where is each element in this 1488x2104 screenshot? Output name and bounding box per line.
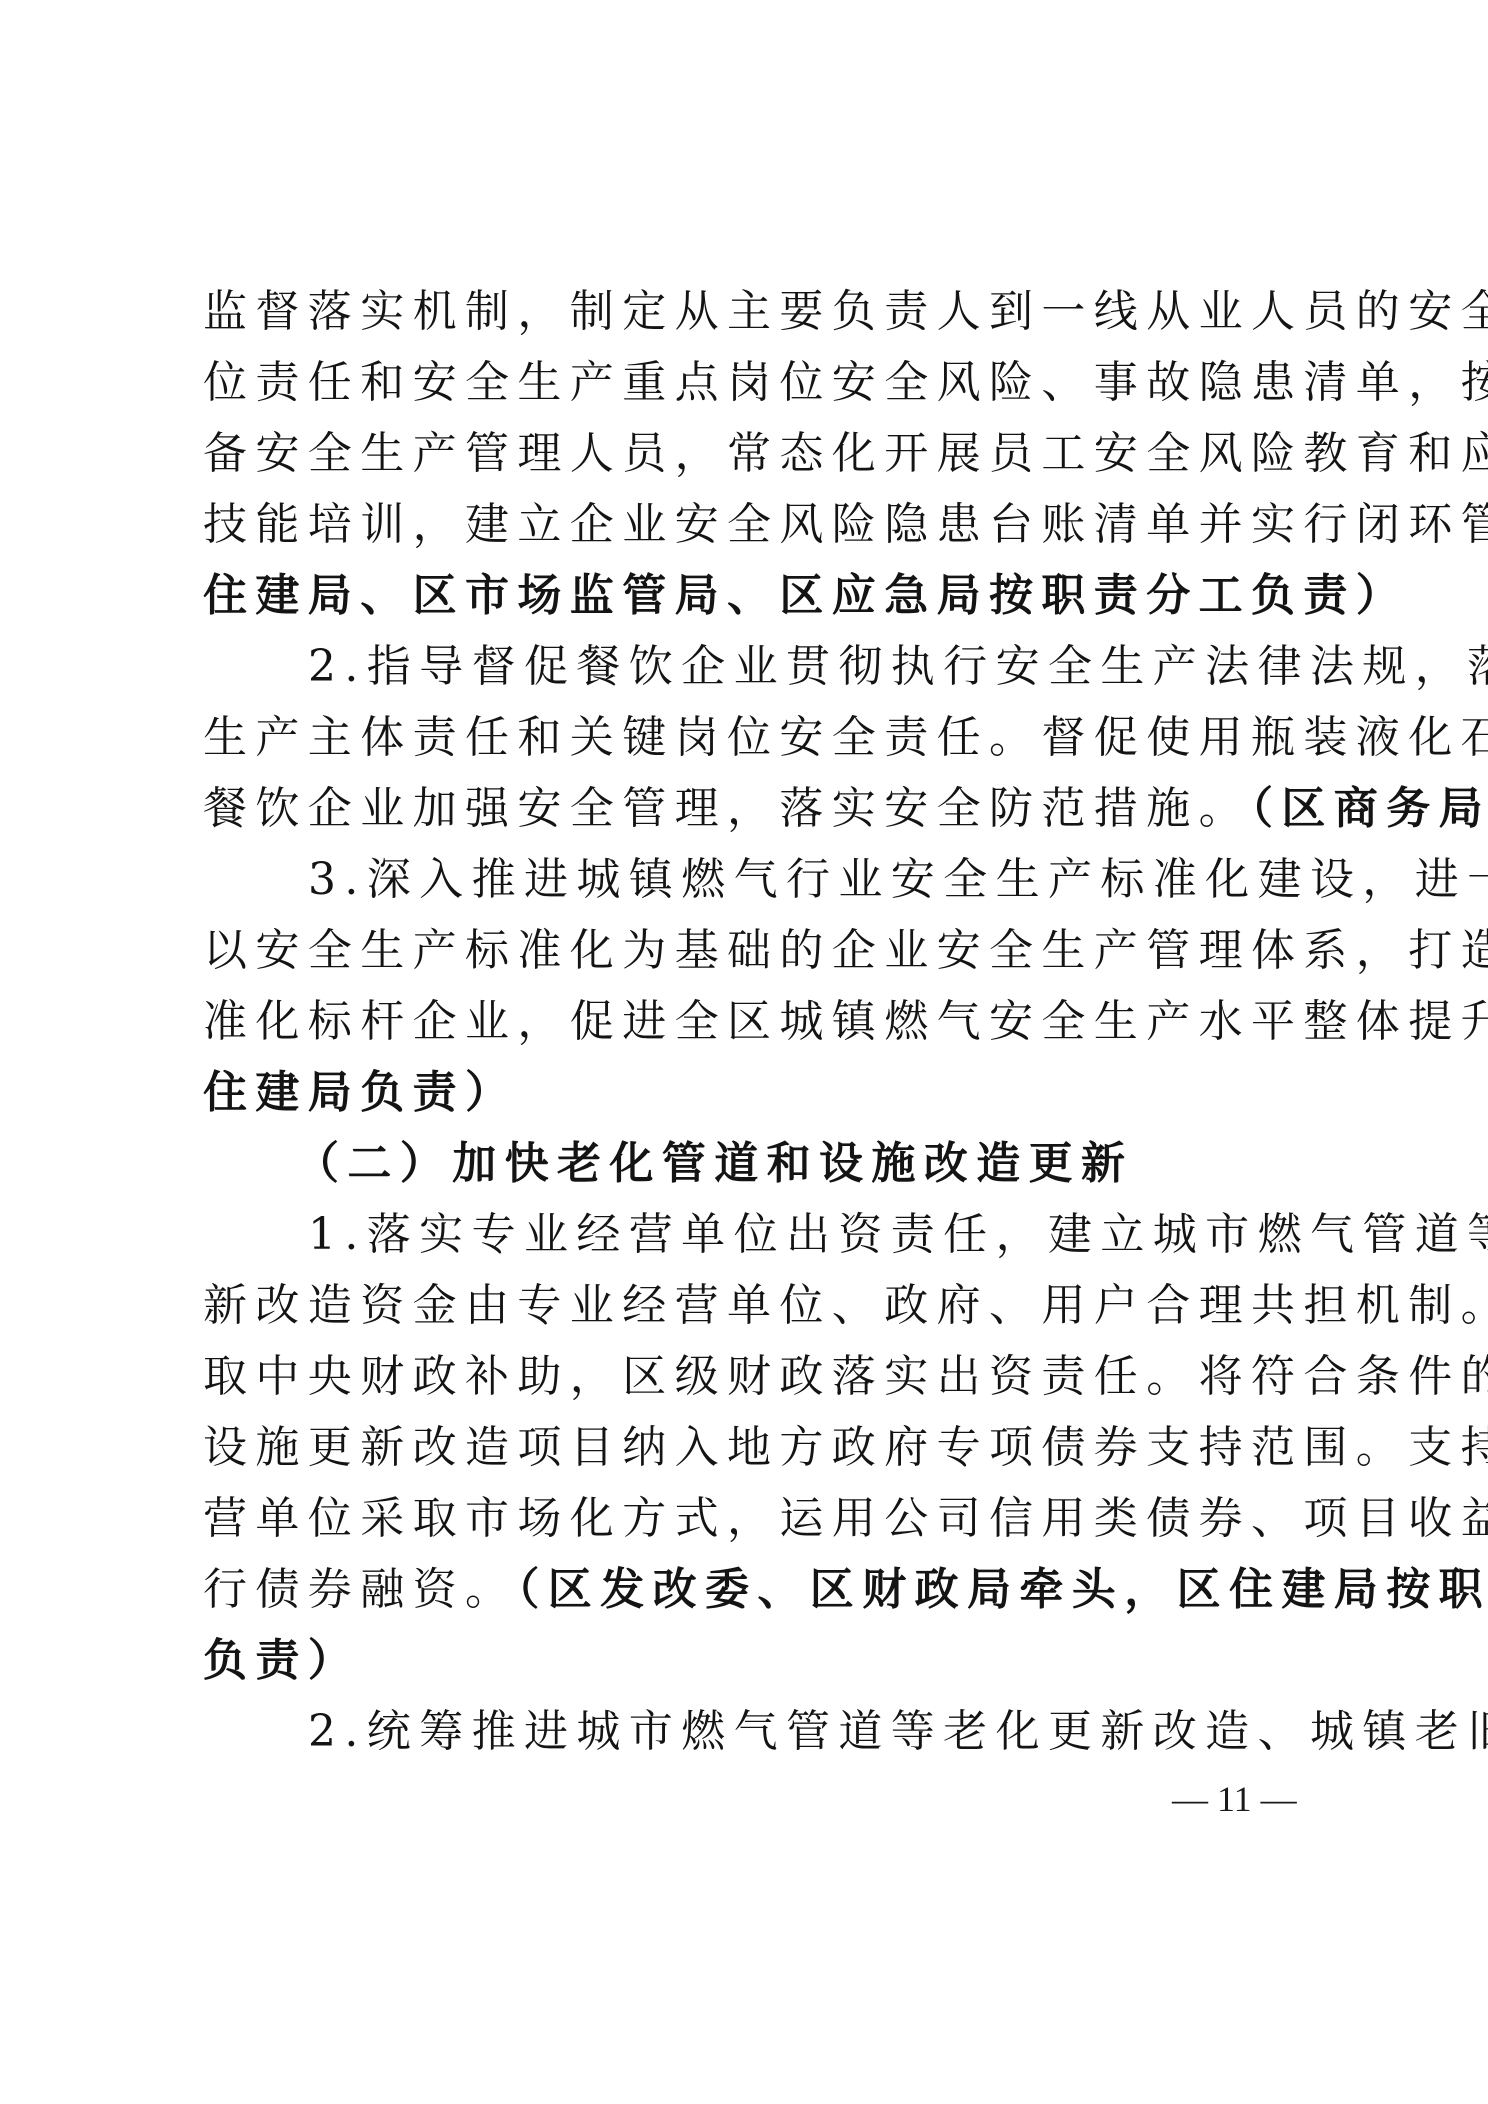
responsible-dept: 负责） bbox=[203, 1635, 360, 1686]
text-normal: 行债券融资。 bbox=[203, 1564, 517, 1615]
paragraph-line: 准化标杆企业，促进全区城镇燃气安全生产水平整体提升。（区 bbox=[203, 986, 1307, 1057]
paragraph-line: 位责任和安全生产重点岗位安全风险、事故隐患清单，按规定配 bbox=[203, 347, 1307, 418]
text-normal: 取中央财政补助，区级财政落实出资责任。将符合条件的管道和 bbox=[203, 1351, 1488, 1402]
text-normal: 营单位采取市场化方式，运用公司信用类债券、项目收益票据进 bbox=[203, 1493, 1488, 1544]
text-normal: 以安全生产标准化为基础的企业安全生产管理体系，打造一批标 bbox=[203, 925, 1488, 976]
paragraph-line: 营单位采取市场化方式，运用公司信用类债券、项目收益票据进 bbox=[203, 1483, 1307, 1554]
paragraph-line: 2.指导督促餐饮企业贯彻执行安全生产法律法规，落实安全 bbox=[203, 631, 1307, 702]
text-normal: 餐饮企业加强安全管理，落实安全防范措施。 bbox=[203, 783, 1251, 834]
text-normal: 准化标杆企业，促进全区城镇燃气安全生产水平整体提升。 bbox=[203, 996, 1488, 1047]
paragraph-line: 以安全生产标准化为基础的企业安全生产管理体系，打造一批标 bbox=[203, 915, 1307, 986]
paragraph-line: 设施更新改造项目纳入地方政府专项债券支持范围。支持专业经 bbox=[203, 1412, 1307, 1483]
responsible-dept: 住建局、区市场监管局、区应急局按职责分工负责） bbox=[203, 570, 1408, 621]
text-normal: 技能培训，建立企业安全风险隐患台账清单并实行闭环管理。 bbox=[203, 499, 1488, 550]
paragraph-line: 3.深入推进城镇燃气行业安全生产标准化建设，进一步完善 bbox=[203, 844, 1307, 915]
paragraph-line: 住建局负责） bbox=[203, 1057, 1307, 1128]
text-normal: 设施更新改造项目纳入地方政府专项债券支持范围。支持专业经 bbox=[203, 1422, 1488, 1473]
paragraph-line: 技能培训，建立企业安全风险隐患台账清单并实行闭环管理。（区 bbox=[203, 489, 1307, 560]
paragraph-line: 1.落实专业经营单位出资责任，建立城市燃气管道等老化更 bbox=[203, 1199, 1307, 1270]
paragraph-line: 2.统筹推进城市燃气管道等老化更新改造、城镇老旧小区改 bbox=[203, 1696, 1307, 1767]
text-normal: 新改造资金由专业经营单位、政府、用户合理共担机制。积极争 bbox=[203, 1280, 1488, 1331]
text-normal: 生产主体责任和关键岗位安全责任。督促使用瓶装液化石油气的 bbox=[203, 712, 1488, 763]
paragraph-line: 行债券融资。（区发改委、区财政局牵头，区住建局按职责分工 bbox=[203, 1554, 1307, 1625]
item-2-start: 2.统筹推进城市燃气管道等老化更新改造、城镇老旧小区改 bbox=[308, 1706, 1488, 1757]
paragraph-line: 住建局、区市场监管局、区应急局按职责分工负责） bbox=[203, 560, 1307, 631]
text-normal: 备安全生产管理人员，常态化开展员工安全风险教育和应急处置 bbox=[203, 428, 1488, 479]
text-normal: 监督落实机制，制定从主要负责人到一线从业人员的安全生产岗 bbox=[203, 286, 1488, 337]
page-number: — 11 — bbox=[1172, 1778, 1297, 1820]
paragraph-line: 餐饮企业加强安全管理，落实安全防范措施。（区商务局负责） bbox=[203, 773, 1307, 844]
paragraph-line: 负责） bbox=[203, 1625, 1307, 1696]
paragraph-line: 生产主体责任和关键岗位安全责任。督促使用瓶装液化石油气的 bbox=[203, 702, 1307, 773]
section-heading-text: （二）加快老化管道和设施改造更新 bbox=[295, 1138, 1133, 1189]
paragraph-line: 取中央财政补助，区级财政落实出资责任。将符合条件的管道和 bbox=[203, 1341, 1307, 1412]
paragraph-line: 新改造资金由专业经营单位、政府、用户合理共担机制。积极争 bbox=[203, 1270, 1307, 1341]
paragraph-line: 监督落实机制，制定从主要负责人到一线从业人员的安全生产岗 bbox=[203, 276, 1307, 347]
item-3-start: 3.深入推进城镇燃气行业安全生产标准化建设，进一步完善 bbox=[308, 854, 1488, 905]
document-body: 监督落实机制，制定从主要负责人到一线从业人员的安全生产岗 位责任和安全生产重点岗… bbox=[203, 276, 1307, 1767]
item-1-start: 1.落实专业经营单位出资责任，建立城市燃气管道等老化更 bbox=[308, 1209, 1488, 1260]
section-heading: （二）加快老化管道和设施改造更新 bbox=[203, 1128, 1307, 1199]
text-normal: 位责任和安全生产重点岗位安全风险、事故隐患清单，按规定配 bbox=[203, 357, 1488, 408]
item-2-start: 2.指导督促餐饮企业贯彻执行安全生产法律法规，落实安全 bbox=[308, 641, 1488, 692]
responsible-dept: （区商务局负责） bbox=[1251, 783, 1488, 834]
responsible-dept: 住建局负责） bbox=[203, 1067, 517, 1118]
responsible-dept: （区发改委、区财政局牵头，区住建局按职责分工 bbox=[517, 1564, 1488, 1615]
paragraph-line: 备安全生产管理人员，常态化开展员工安全风险教育和应急处置 bbox=[203, 418, 1307, 489]
